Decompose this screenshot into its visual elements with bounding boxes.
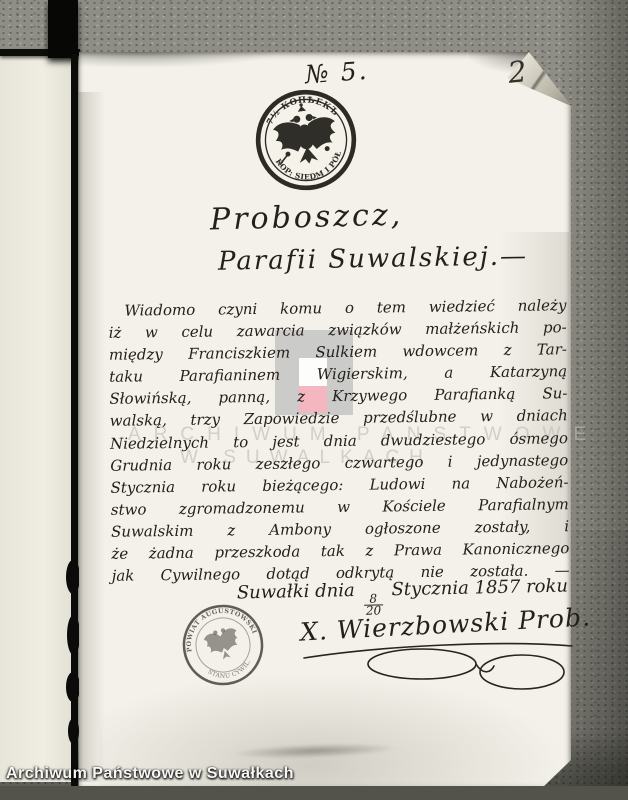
page-number: 2 <box>506 54 528 90</box>
scanned-archival-document: ARCHIWUM PANSTWOWE W SUWALKACH № 5. 2 7½… <box>0 0 628 800</box>
bottom-dark-band <box>0 786 628 800</box>
binding-gap-shadow <box>48 0 78 58</box>
signature-flourish <box>300 628 578 694</box>
heading-parafii: Parafii Suwalskiej.— <box>218 241 529 276</box>
dateline-rest: Stycznia 1857 roku <box>391 576 568 601</box>
document-body: Wiadomo czyni komu o tem wiedzieć należy… <box>108 294 569 587</box>
binding-ink-blob <box>66 672 80 702</box>
previous-page-edge <box>0 54 72 782</box>
binding-ink-blob <box>66 560 80 594</box>
paper-stain <box>79 52 279 68</box>
binding-ink-blob <box>67 615 80 655</box>
revenue-stamp-eagle-seal: 7½ КОПѢЕКЪ KOP: SIEDM I PÓŁ <box>247 81 364 198</box>
heading-proboszcz: Proboszcz, <box>210 197 404 237</box>
paper-stain <box>229 741 399 761</box>
parish-stamp-eagle-icon <box>202 625 243 663</box>
archive-caption: Archiwum Państwowe w Suwałkach <box>6 765 294 783</box>
paper-stain <box>79 92 105 782</box>
binding-ink-blob <box>68 718 79 744</box>
